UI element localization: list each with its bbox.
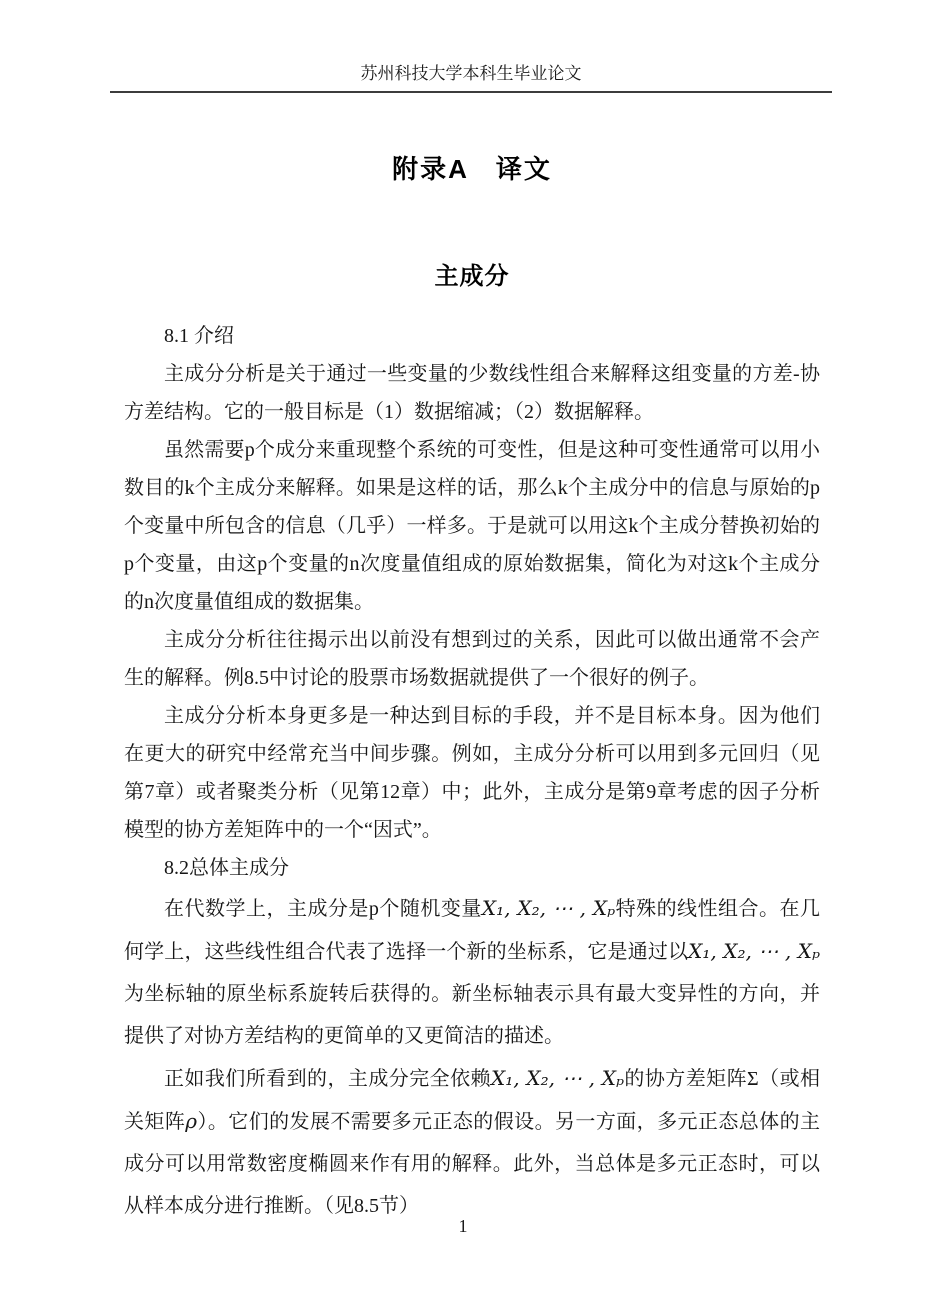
document-body: 8.1 介绍主成分分析是关于通过一些变量的少数线性组合来解释这组变量的方差-协方… <box>124 317 820 1227</box>
body-paragraph: 主成分分析本身更多是一种达到目标的手段，并不是目标本身。因为他们在更大的研究中经… <box>124 697 820 849</box>
section-heading: 8.1 介绍 <box>124 317 820 355</box>
math-expression: X₁, X₂, ⋯ , Xₚ <box>688 939 820 963</box>
body-paragraph: 正如我们所看到的，主成分完全依赖X₁, X₂, ⋯ , Xₚ的协方差矩阵Σ（或相… <box>124 1057 820 1227</box>
body-paragraph: 主成分分析是关于通过一些变量的少数线性组合来解释这组变量的方差-协方差结构。它的… <box>124 355 820 431</box>
body-paragraph: 在代数学上，主成分是p个随机变量X₁, X₂, ⋯ , Xₚ特殊的线性组合。在几… <box>124 887 820 1057</box>
document-page: 苏州科技大学本科生毕业论文 附录A 译文 主成分 8.1 介绍主成分分析是关于通… <box>0 0 926 1309</box>
chapter-title: 主成分 <box>124 256 820 291</box>
page-number: 1 <box>459 1216 468 1236</box>
section-heading: 8.2总体主成分 <box>124 849 820 887</box>
text-run: ）。它们的发展不需要多元正态的假设。另一方面，多元正态总体的主成分可以用常数密度… <box>124 1111 820 1217</box>
math-expression: X₁, X₂, ⋯ , Xₚ <box>491 1066 624 1090</box>
page-header: 苏州科技大学本科生毕业论文 <box>110 62 832 93</box>
math-expression: ρ <box>185 1109 197 1133</box>
page-footer: 1 <box>0 1216 926 1237</box>
appendix-title: 附录A 译文 <box>124 149 820 186</box>
body-paragraph: 虽然需要p个成分来重现整个系统的可变性，但是这种可变性通常可以用小数目的k个主成… <box>124 431 820 621</box>
text-run: 为坐标轴的原坐标系旋转后获得的。新坐标轴表示具有最大变异性的方向，并提供了对协方… <box>124 983 820 1047</box>
math-expression: X₁, X₂, ⋯ , Xₚ <box>482 896 615 920</box>
body-paragraph: 主成分分析往往揭示出以前没有想到过的关系，因此可以做出通常不会产生的解释。例8.… <box>124 621 820 697</box>
header-text: 苏州科技大学本科生毕业论文 <box>361 64 582 83</box>
text-run: 在代数学上，主成分是p个随机变量 <box>164 898 482 920</box>
text-run: 正如我们所看到的，主成分完全依赖 <box>164 1068 491 1090</box>
